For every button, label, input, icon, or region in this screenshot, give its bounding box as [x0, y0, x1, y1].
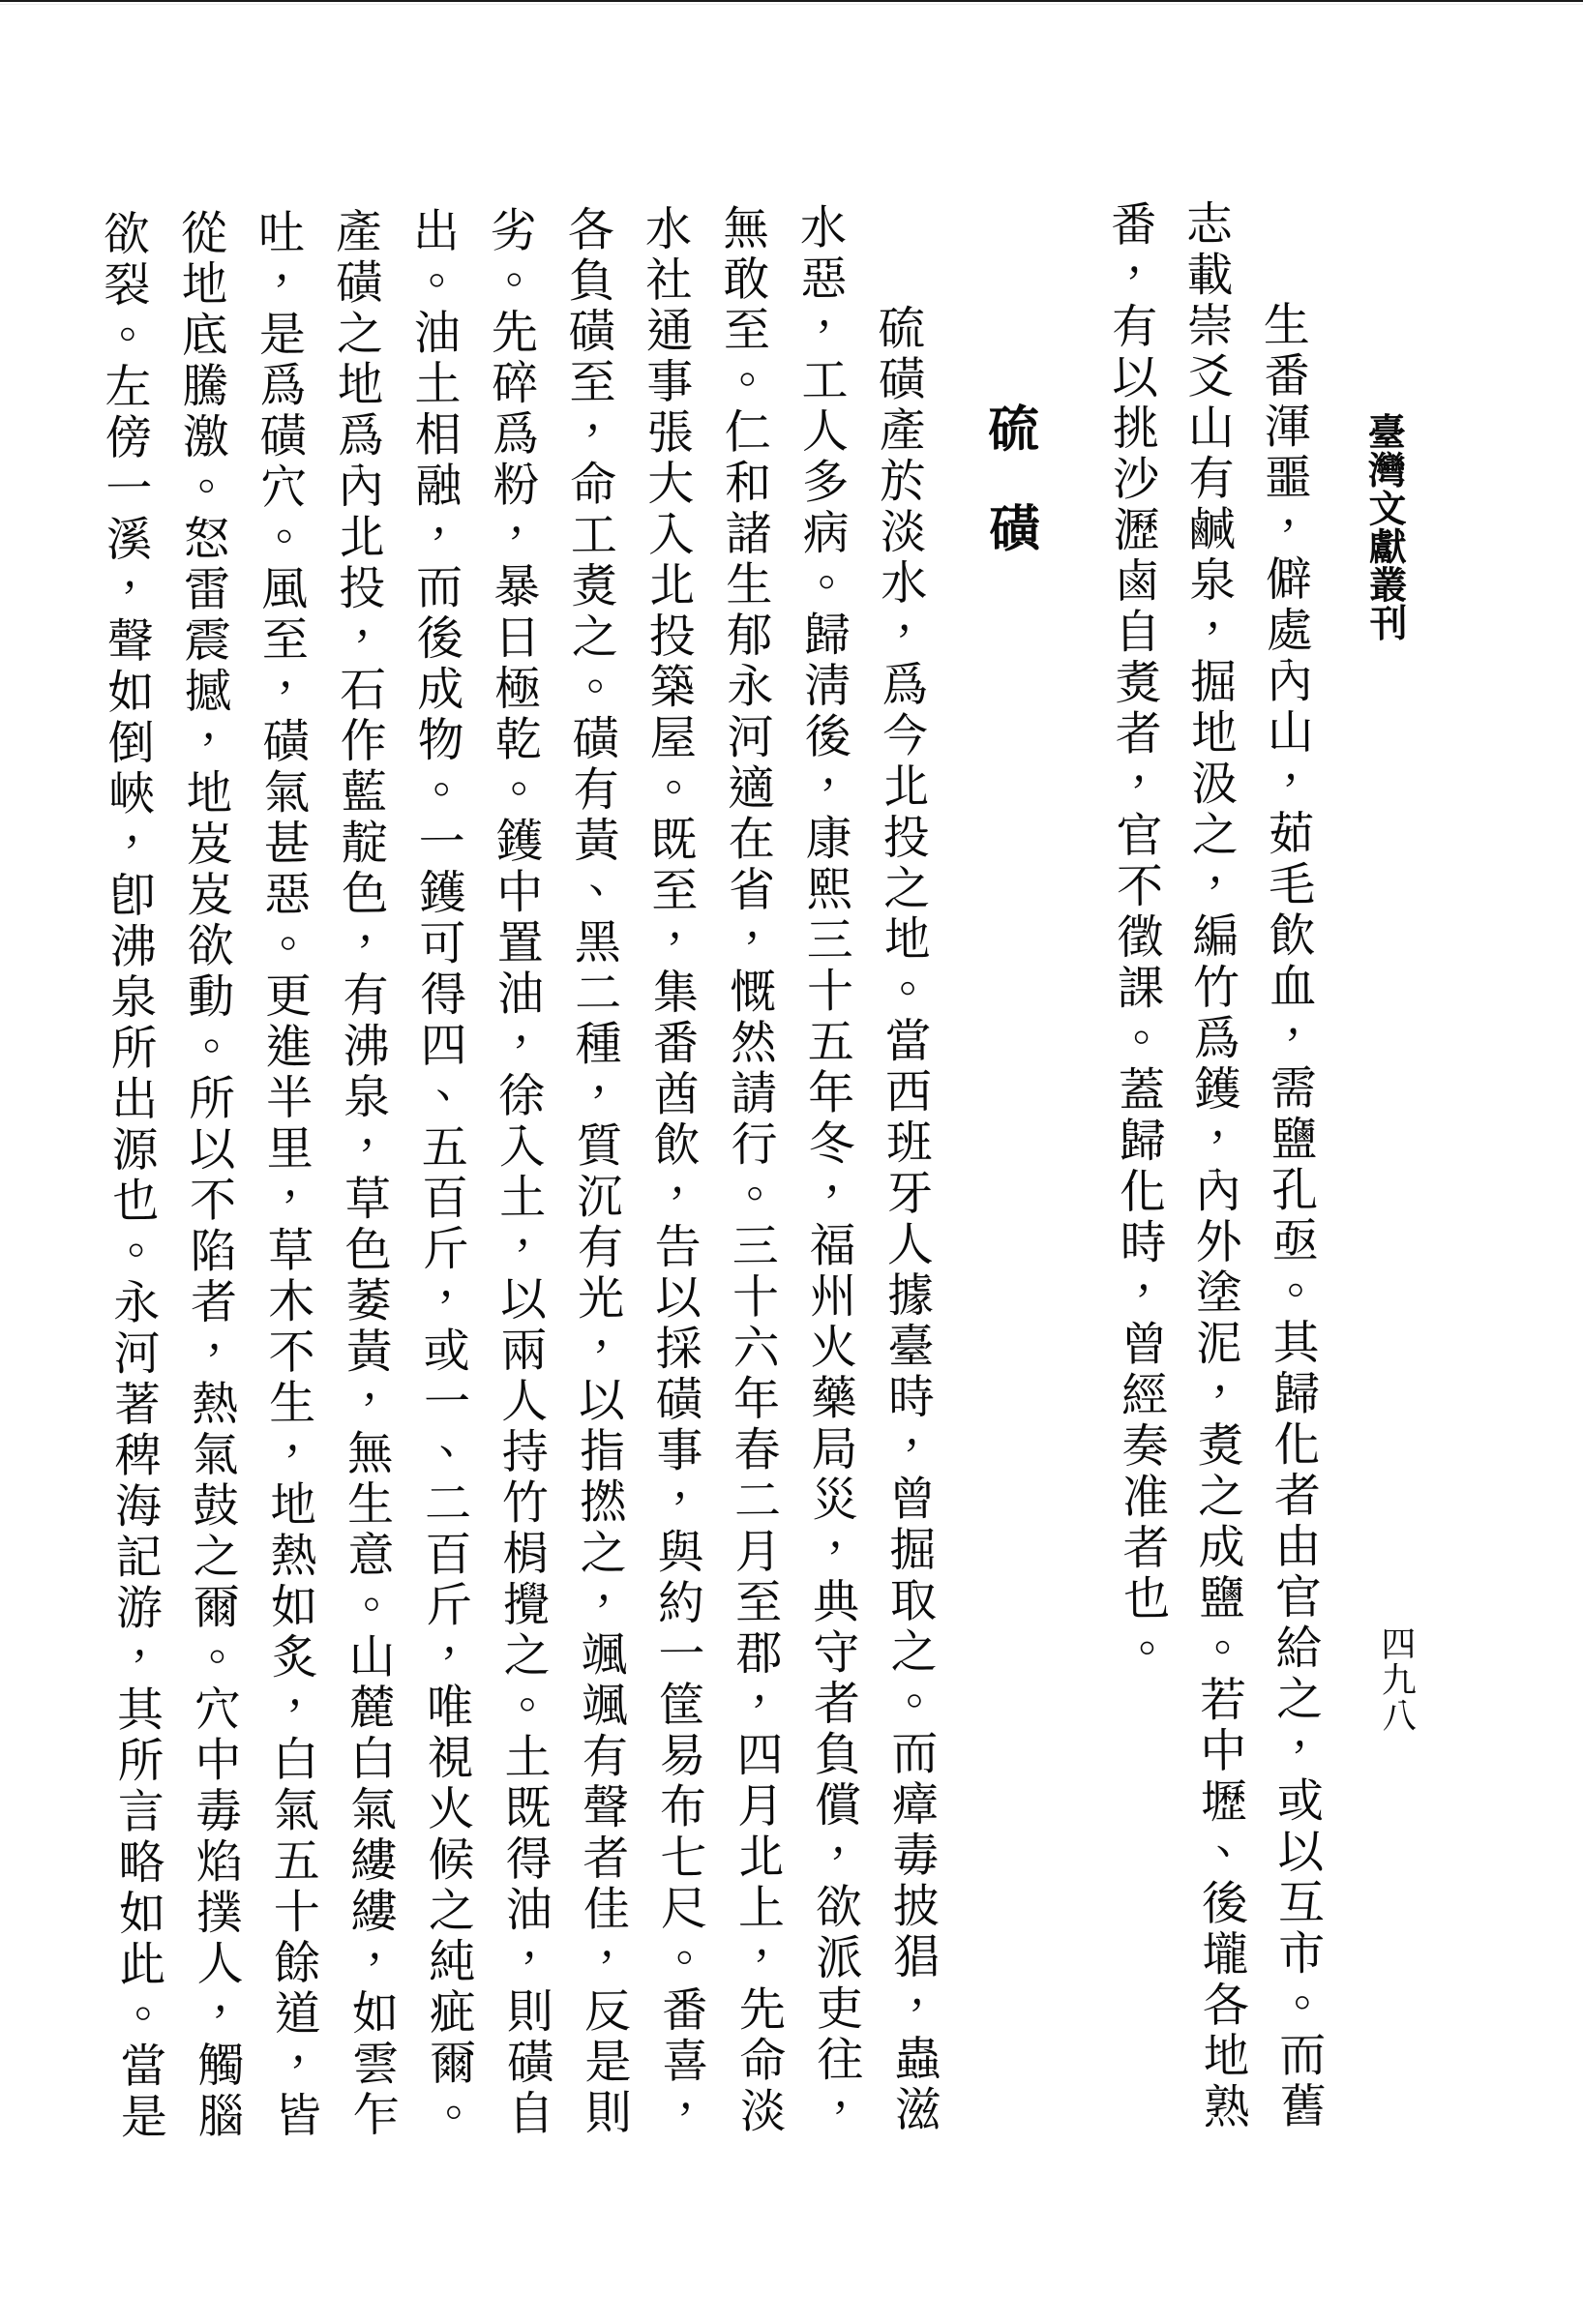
text-column: 生番渾噩，僻處內山，茹毛飲血，需鹽孔亟。其歸化者由官給之，或以互市。而舊 [1257, 300, 1325, 2132]
text-column: 出。油土相融，而後成物。一鑊可得四、五百斤，或一、二百斤，唯視火候之純疵爾。 [406, 206, 474, 2140]
text-column: 從地底騰激。怒雷震撼，地岌岌欲動。所以不陷者，熱氣鼓之爾。穴中毒焰撲人，觸腦 [174, 208, 242, 2142]
page-number: 四九八 [1376, 1625, 1416, 1733]
running-header: 臺灣文獻叢刊 [1361, 412, 1406, 641]
text-column: 番，有以挑沙瀝鹵自煑者，官不徵課。蓋歸化時，曾經奏准者也。 [1104, 199, 1168, 1676]
section-title-char: 硫 [981, 402, 1035, 454]
text-column: 水社通事張大入北投築屋。既至，集番酋飲，告以採磺事，與約一筐易布七尺。番喜， [639, 204, 706, 2138]
text-column: 各負磺至，命工煑之。磺有黃、黑二種，質沉有光，以指撚之，颯颯有聲者佳，反是則 [561, 205, 629, 2139]
text-column: 志載崇爻山有鹹泉，掘地汲之，編竹爲鑊，內外塗泥，煑之成鹽。若中壢、後壠各地熟 [1180, 199, 1247, 2133]
text-column: 欲裂。左傍一溪，聲如倒峽，卽沸泉所出源也。永河著稗海記游，其所言略如此。當是 [97, 209, 164, 2143]
book-page: 臺灣文獻叢刊 四九八 生番渾噩，僻處內山，茹毛飲血，需鹽孔亟。其歸化者由官給之，… [0, 0, 1583, 2324]
text-column: 無敢至。仁和諸生郁永河適在省，慨然請行。三十六年春二月至郡，四月北上，先命淡 [716, 203, 784, 2137]
text-column: 硫磺產於淡水，爲今北投之地。當西班牙人據臺時，曾掘取之。而瘴毒披猖，蟲滋 [872, 304, 940, 2136]
section-title-char: 磺 [982, 502, 1036, 553]
text-column: 吐，是爲磺穴。風至，磺氣甚惡。更進半里，草木不生，地熱如炙，白氣五十餘道，皆 [252, 208, 319, 2142]
text-column: 水惡，工人多病。歸淸後，康熙三十五年冬，福州火藥局災，典守者負償，欲派吏往， [793, 202, 861, 2136]
text-column: 劣。先碎爲粉，暴日極乾。鑊中置油，徐入土，以兩人持竹梋攪之。土既得油，則磺自 [484, 205, 552, 2139]
text-column: 產磺之地爲內北投，石作藍靛色，有沸泉，草色萎黃，無生意。山麓白氣縷縷，如雲乍 [329, 207, 397, 2141]
page-content: 臺灣文獻叢刊 四九八 生番渾噩，僻處內山，茹毛飲血，需鹽孔亟。其歸化者由官給之，… [0, 0, 1583, 2324]
